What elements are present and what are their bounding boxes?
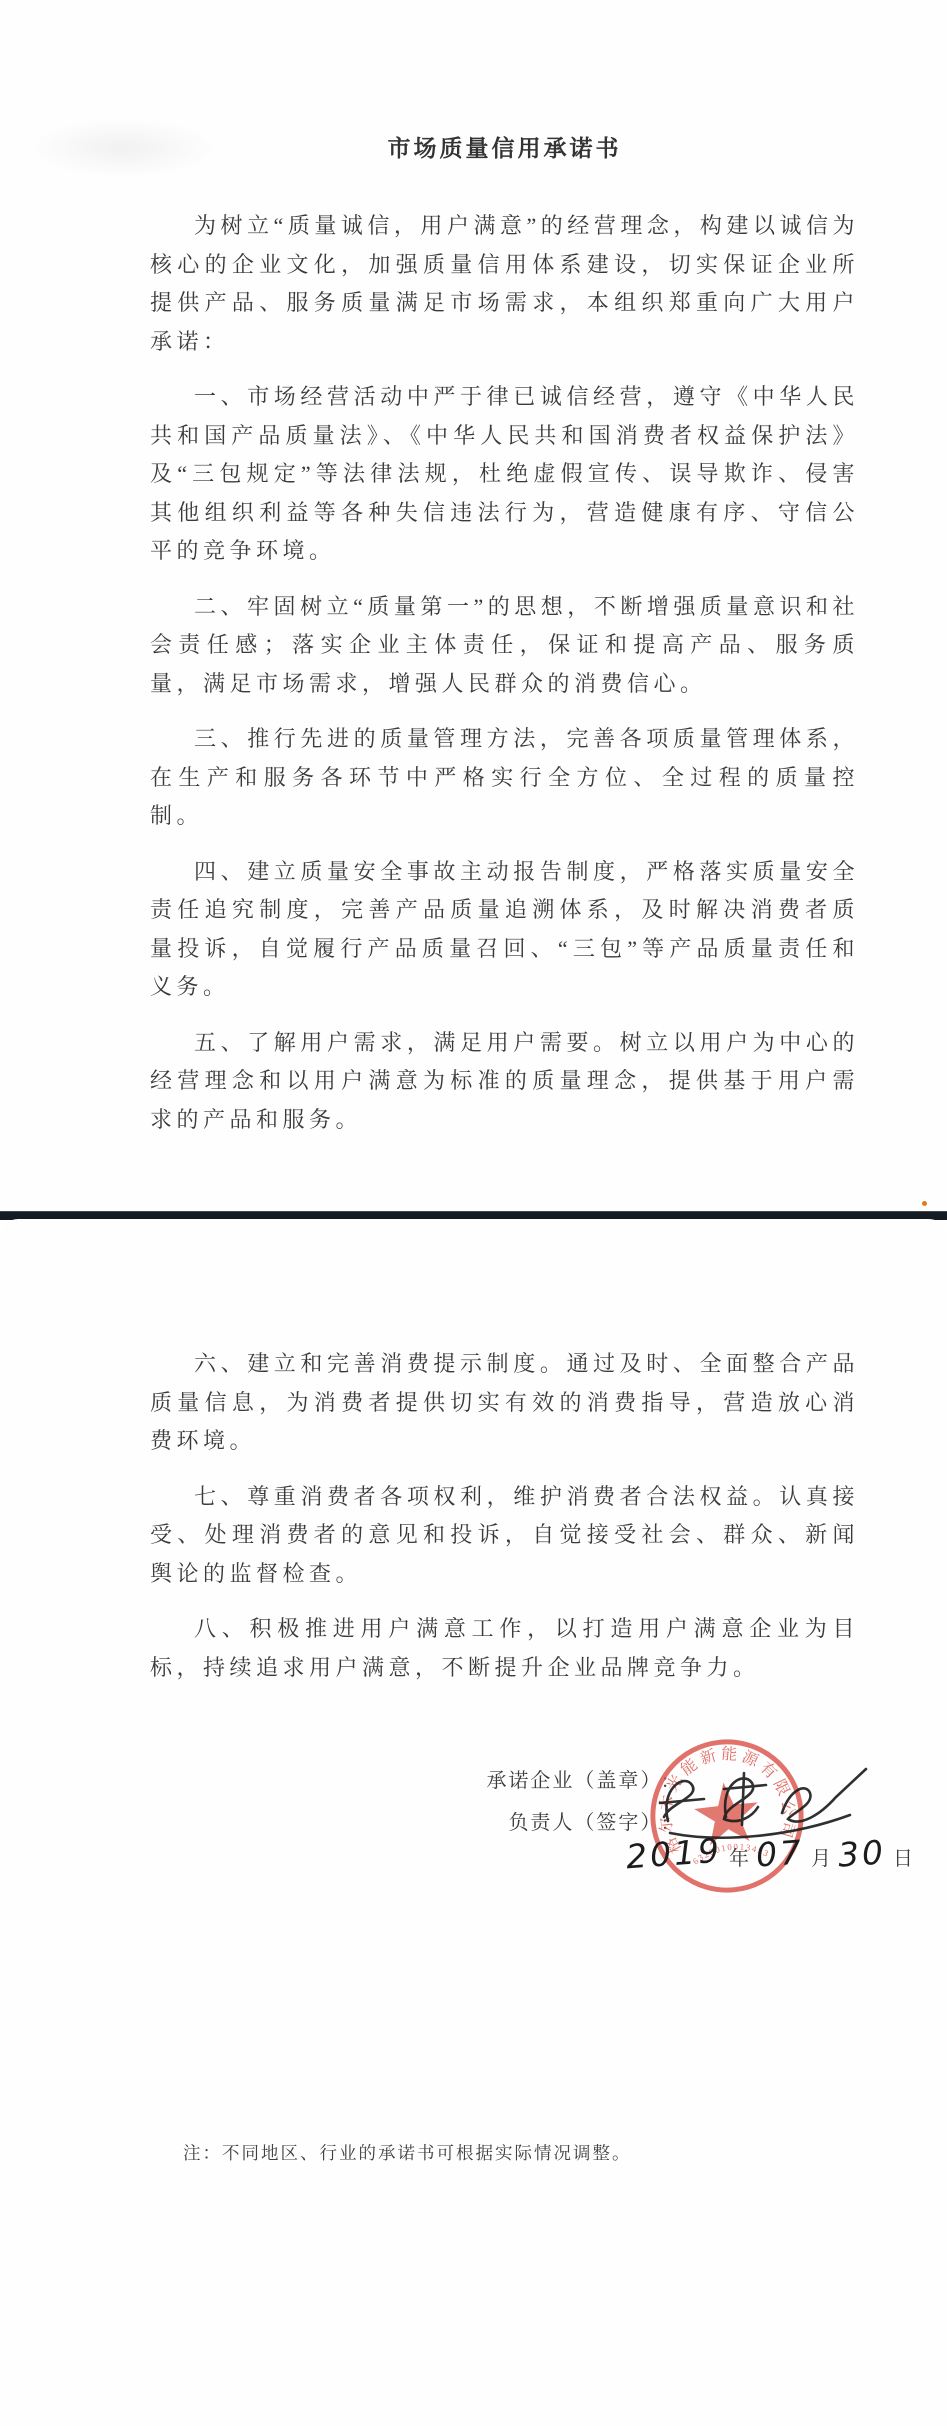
signer-label: 负责人（签字）: — [420, 1806, 670, 1835]
document-page-1: 市场质量信用承诺书 为树立“质量诚信，用户满意”的经营理念，构建以诚信为核心的企… — [0, 0, 947, 1211]
footnote: 注：不同地区、行业的承诺书可根据实际情况调整。 — [183, 2140, 632, 2165]
document-title: 市场质量信用承诺书 — [150, 130, 859, 163]
date-day-handwritten: 30 — [837, 1832, 888, 1874]
commitment-item-2: 二、牢固树立“质量第一”的思想，不断增强质量意识和社会责任感；落实企业主体责任，… — [150, 588, 859, 704]
scanned-document: 市场质量信用承诺书 为树立“质量诚信，用户满意”的经营理念，构建以诚信为核心的企… — [0, 0, 947, 2426]
date-month-unit: 月 — [811, 1842, 831, 1871]
signature-date: 2019 年 07 月 30 日 — [626, 1834, 920, 1873]
commitment-item-5: 五、了解用户需求，满足用户需要。树立以用户为中心的经营理念和以用户满意为标准的质… — [150, 1024, 859, 1140]
commitment-item-7: 七、尊重消费者各项权利，维护消费者合法权益。认真接受、处理消费者的意见和投诉，自… — [150, 1478, 859, 1594]
document-page-2: 六、建立和完善消费提示制度。通过及时、全面整合产品质量信息，为消费者提供切实有效… — [0, 1219, 947, 2426]
commitment-item-1: 一、市场经营活动中严于律已诚信经营，遵守《中华人民共和国产品质量法》、《中华人民… — [150, 378, 859, 571]
commitment-item-8: 八、积极推进用户满意工作，以打造用户满意企业为目标，持续追求用户满意，不断提升企… — [150, 1610, 859, 1687]
date-month-handwritten: 07 — [755, 1832, 806, 1874]
commitment-item-3: 三、推行先进的质量管理方法，完善各项质量管理体系，在生产和服务各环节中严格实行全… — [150, 720, 859, 836]
commitment-item-6: 六、建立和完善消费提示制度。通过及时、全面整合产品质量信息，为消费者提供切实有效… — [150, 1345, 859, 1461]
date-year-handwritten: 2019 — [625, 1831, 723, 1877]
date-day-unit: 日 — [893, 1842, 913, 1871]
date-year-unit: 年 — [729, 1842, 749, 1871]
intro-paragraph: 为树立“质量诚信，用户满意”的经营理念，构建以诚信为核心的企业文化，加强质量信用… — [150, 207, 859, 361]
commitment-item-4: 四、建立质量安全事故主动报告制度，严格落实质量安全责任追究制度，完善产品质量追溯… — [150, 853, 859, 1007]
scan-dot-artifact — [922, 1201, 927, 1206]
company-stamp-label: 承诺企业（盖章）: — [420, 1764, 670, 1793]
